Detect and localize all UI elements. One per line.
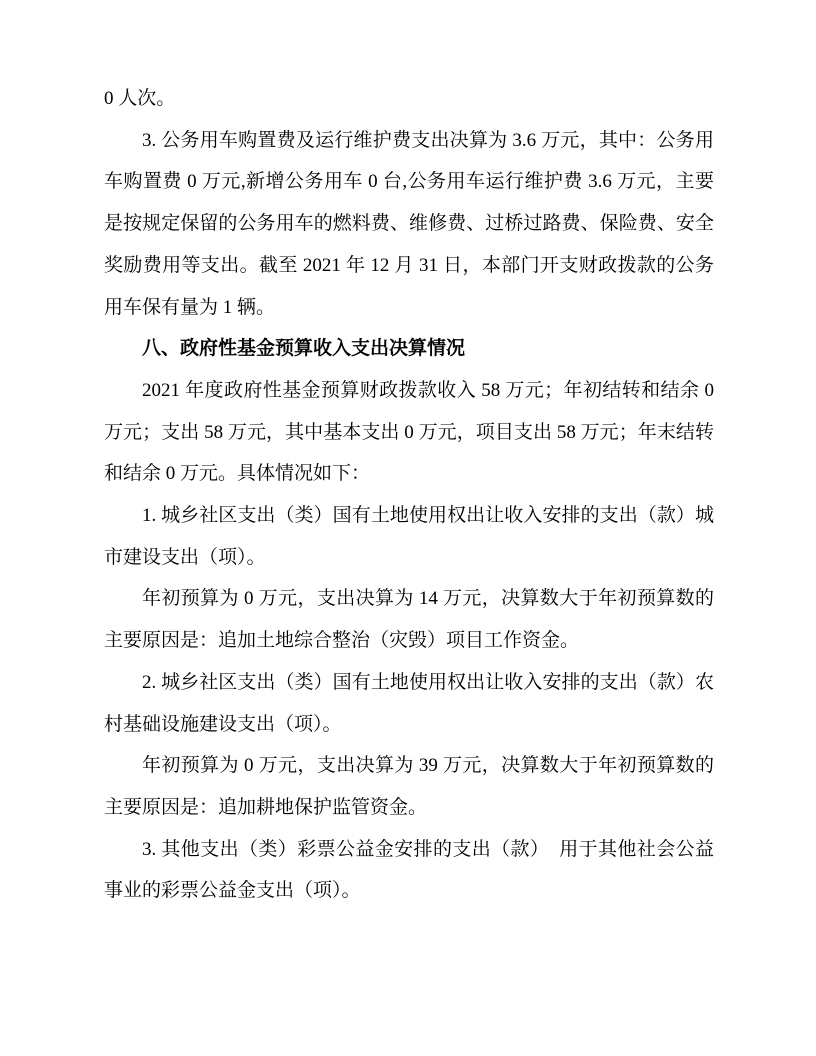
document-body: 0 人次。 3. 公务用车购置费及运行维护费支出决算为 3.6 万元，其中：公务… — [104, 78, 714, 912]
paragraph-vehicle-purchase-and-maintenance: 3. 公务用车购置费及运行维护费支出决算为 3.6 万元，其中：公务用车购置费 … — [104, 120, 714, 329]
paragraph-item2-budget-explanation: 年初预算为 0 万元，支出决算为 39 万元，决算数大于年初预算数的主要原因是：… — [104, 745, 714, 828]
section-heading-government-fund-budget: 八、政府性基金预算收入支出决算情况 — [104, 328, 714, 370]
paragraph-item1-urban-construction: 1. 城乡社区支出（类）国有土地使用权出让收入安排的支出（款）城市建设支出（项）… — [104, 495, 714, 578]
paragraph-fund-budget-overview: 2021 年度政府性基金预算财政拨款收入 58 万元；年初结转和结余 0 万元；… — [104, 370, 714, 495]
paragraph-item2-rural-infrastructure: 2. 城乡社区支出（类）国有土地使用权出让收入安排的支出（款）农村基础设施建设支… — [104, 662, 714, 745]
document-page: 0 人次。 3. 公务用车购置费及运行维护费支出决算为 3.6 万元，其中：公务… — [0, 0, 816, 1056]
paragraph-item3-lottery-public-welfare: 3. 其他支出（类）彩票公益金安排的支出（款） 用于其他社会公益事业的彩票公益金… — [104, 829, 714, 912]
paragraph-official-vehicle-continuation-tail: 0 人次。 — [104, 78, 714, 120]
paragraph-item1-budget-explanation: 年初预算为 0 万元，支出决算为 14 万元，决算数大于年初预算数的主要原因是：… — [104, 578, 714, 661]
